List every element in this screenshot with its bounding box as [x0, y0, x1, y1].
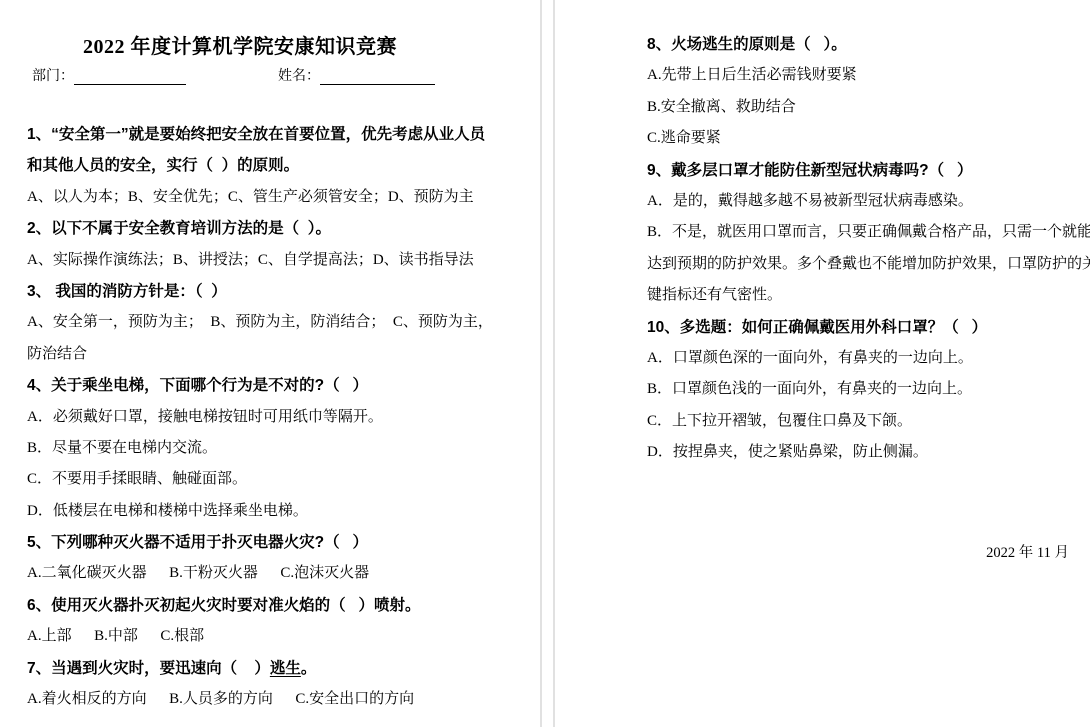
- question-7-period: 。: [301, 660, 317, 677]
- question-10-option-b: B．口罩颜色浅的一面向外，有鼻夹的一边向上。: [647, 374, 1087, 405]
- question-4: 4、关于乘坐电梯，下面哪个行为是不对的?（ ）: [27, 370, 532, 401]
- question-6: 6、使用灭火器扑灭初起火灾时要对准火焰的（ ）喷射。: [27, 590, 532, 621]
- question-8-option-c: C.逃命要紧: [647, 123, 1087, 154]
- question-10-option-a: A．口罩颜色深的一面向外，有鼻夹的一边向上。: [647, 343, 1087, 374]
- question-7-options: A.着火相反的方向 B.人员多的方向 C.安全出口的方向: [27, 684, 532, 715]
- document-view: 2022 年度计算机学院安康知识竞赛 部门： 姓名： 1、“安全第一”就是要始终…: [0, 0, 1090, 727]
- page-1: 2022 年度计算机学院安康知识竞赛 部门： 姓名： 1、“安全第一”就是要始终…: [0, 0, 542, 727]
- question-9-option-b-line-1: B．不是，就医用口罩而言，只要正确佩戴合格产品，只需一个就能: [647, 217, 1087, 248]
- question-9-option-b-line-3: 键指标还有气密性。: [647, 280, 1087, 311]
- question-8-option-a: A.先带上日后生活必需钱财要紧: [647, 60, 1087, 91]
- question-5: 5、下列哪种灭火器不适用于扑灭电器火灾?（ ）: [27, 527, 532, 558]
- question-8: 8、火场逃生的原则是（ ）。: [647, 29, 1087, 60]
- question-7: 7、当遇到火灾时，要迅速向（ ）逃生。: [27, 653, 532, 684]
- question-5-options: A.二氧化碳灭火器 B.干粉灭火器 C.泡沫灭火器: [27, 558, 532, 589]
- question-1-options: A、以人为本；B、安全优先；C、管生产必须管安全；D、预防为主: [27, 182, 532, 213]
- document-title: 2022 年度计算机学院安康知识竞赛: [24, 30, 456, 59]
- name-label: 姓名：: [278, 65, 320, 85]
- question-9-option-b-line-2: 达到预期的防护效果。多个叠戴也不能增加防护效果，口罩防护的关: [647, 249, 1087, 280]
- question-4-option-a: A．必须戴好口罩，接触电梯按钮时可用纸巾等隔开。: [27, 402, 532, 433]
- department-label: 部门：: [32, 65, 74, 85]
- question-3-options-line-1: A、安全第一，预防为主； B、预防为主，防消结合； C、预防为主，: [27, 307, 532, 338]
- question-1-line-2: 和其他人员的安全，实行（ ）的原则。: [27, 150, 532, 181]
- question-7-underlined-text: 逃生: [270, 660, 301, 677]
- name-blank: [320, 68, 435, 85]
- question-2: 2、以下不属于安全教育培训方法的是（ ）。: [27, 213, 532, 244]
- question-1-line-1: 1、“安全第一”就是要始终把安全放在首要位置，优先考虑从业人员: [27, 119, 532, 150]
- question-9: 9、戴多层口罩才能防住新型冠状病毒吗?（ ）: [647, 155, 1087, 186]
- question-4-option-b: B．尽量不要在电梯内交流。: [27, 433, 532, 464]
- question-9-option-a: A．是的，戴得越多越不易被新型冠状病毒感染。: [647, 186, 1087, 217]
- page-2-body: 8、火场逃生的原则是（ ）。 A.先带上日后生活必需钱财要紧 B.安全撤离、救助…: [647, 29, 1087, 468]
- document-date: 2022 年 11 月: [986, 541, 1069, 562]
- question-10-option-d: D．按捏鼻夹，使之紧贴鼻梁，防止侧漏。: [647, 437, 1087, 468]
- question-7-text: 7、当遇到火灾时，要迅速向（ ）: [27, 660, 270, 677]
- question-4-option-d: D．低楼层在电梯和楼梯中选择乘坐电梯。: [27, 496, 532, 527]
- question-4-option-c: C．不要用手揉眼睛、触碰面部。: [27, 464, 532, 495]
- question-8-option-b: B.安全撤离、救助结合: [647, 92, 1087, 123]
- question-3: 3、 我国的消防方针是：（ ）: [27, 276, 532, 307]
- question-2-options: A、实际操作演练法；B、讲授法；C、自学提高法；D、读书指导法: [27, 245, 532, 276]
- page-2: 8、火场逃生的原则是（ ）。 A.先带上日后生活必需钱财要紧 B.安全撤离、救助…: [553, 0, 1090, 727]
- question-3-options-line-2: 防治结合: [27, 339, 532, 370]
- question-10-option-c: C．上下拉开褶皱，包覆住口鼻及下颌。: [647, 406, 1087, 437]
- department-blank: [74, 68, 186, 85]
- page-1-body: 1、“安全第一”就是要始终把安全放在首要位置，优先考虑从业人员 和其他人员的安全…: [27, 119, 532, 715]
- question-10: 10、多选题：如何正确佩戴医用外科口罩？（ ）: [647, 312, 1087, 343]
- question-6-options: A.上部 B.中部 C.根部: [27, 621, 532, 652]
